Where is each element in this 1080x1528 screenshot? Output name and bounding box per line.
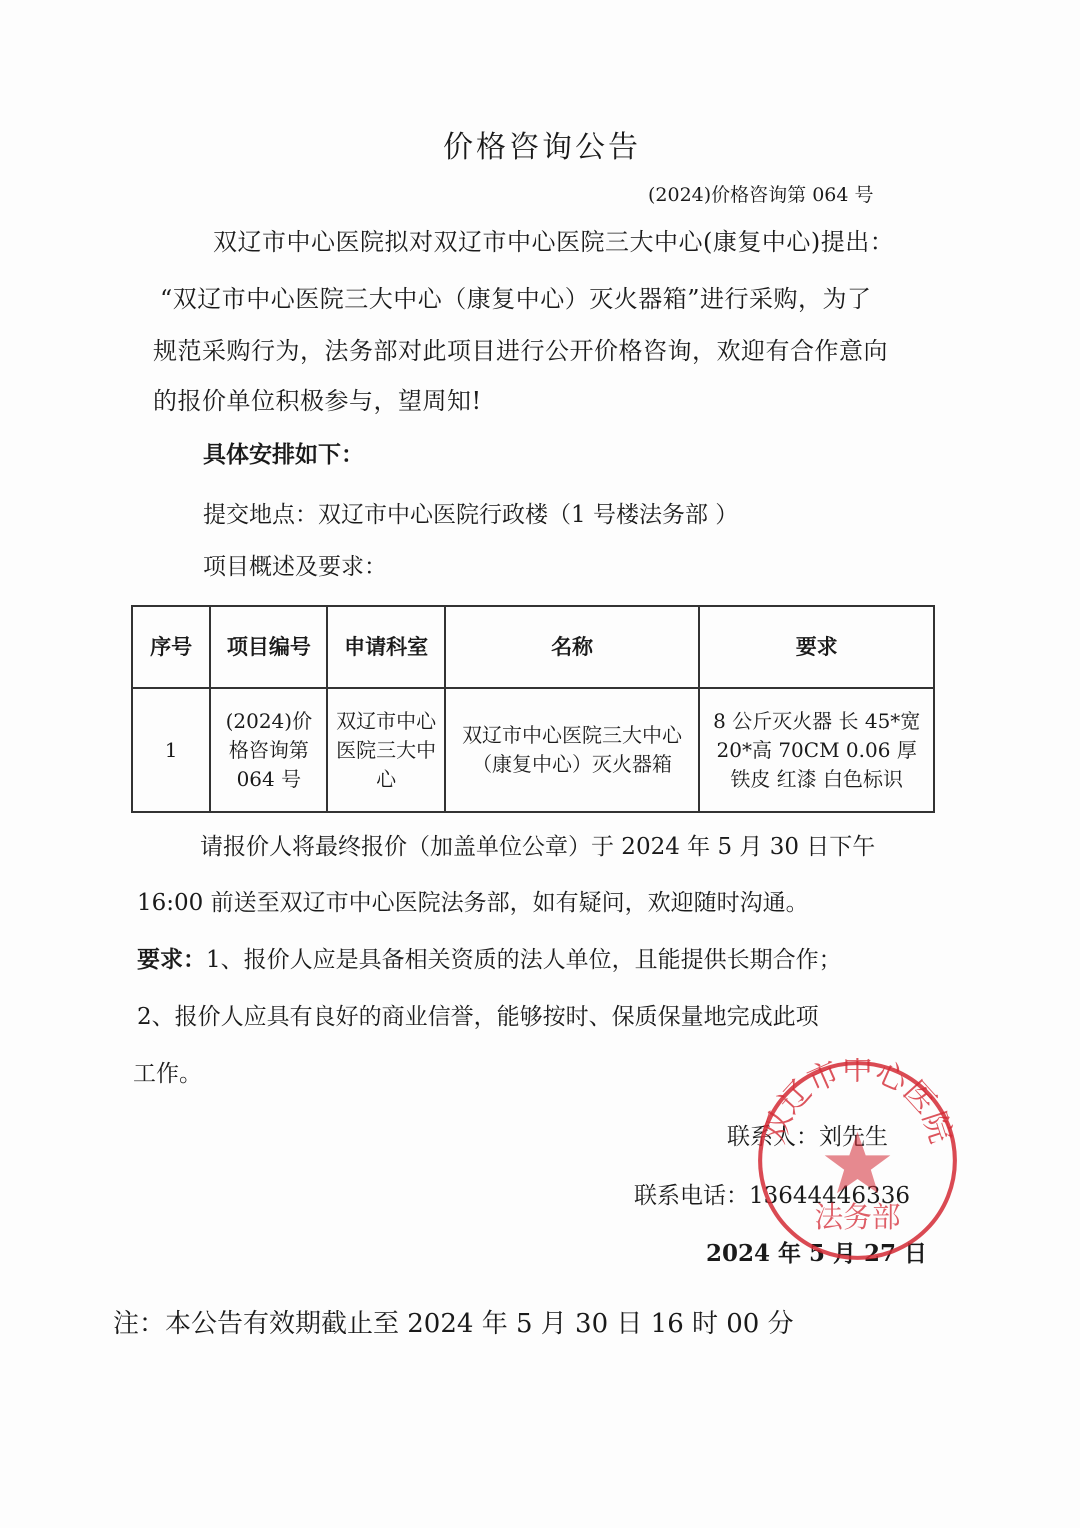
header-requirement: 要求 bbox=[699, 606, 934, 688]
header-department: 申请科室 bbox=[327, 606, 444, 688]
requirement-text-1: 1、报价人应是具备相关资质的法人单位，且能提供长期合作； bbox=[206, 947, 842, 973]
requirement-line-1: 要求：1、报价人应是具备相关资质的法人单位，且能提供长期合作； bbox=[137, 941, 842, 974]
overview-heading: 项目概述及要求： bbox=[203, 548, 387, 581]
requirements-label: 要求： bbox=[137, 946, 206, 973]
items-table: 序号 项目编号 申请科室 名称 要求 1 (2024)价格咨询第 064 号 双… bbox=[131, 605, 935, 813]
intro-line-2: “双辽市中心医院三大中心（康复中心）灭火器箱”进行采购，为了 bbox=[160, 279, 872, 314]
arrangement-heading: 具体安排如下： bbox=[203, 436, 364, 469]
submission-location: 提交地点：双辽市中心医院行政楼（1 号楼法务部 ） bbox=[203, 496, 738, 529]
intro-line-1: 双辽市中心医院拟对双辽市中心医院三大中心(康复中心)提出： bbox=[213, 222, 894, 257]
cell-requirement: 8 公斤灭火器 长 45*宽 20*高 70CM 0.06 厚 铁皮 红漆 白色… bbox=[699, 688, 934, 812]
header-seq: 序号 bbox=[132, 606, 210, 688]
cell-name: 双辽市中心医院三大中心（康复中心）灭火器箱 bbox=[445, 688, 700, 812]
quote-line-2: 16:00 前送至双辽市中心医院法务部，如有疑问，欢迎随时沟通。 bbox=[137, 884, 809, 917]
cell-project-no: (2024)价格咨询第 064 号 bbox=[210, 688, 327, 812]
quote-line-1: 请报价人将最终报价（加盖单位公章）于 2024 年 5 月 30 日下午 bbox=[200, 828, 875, 861]
document-number: (2024)价格咨询第 064 号 bbox=[648, 180, 874, 207]
table-row: 1 (2024)价格咨询第 064 号 双辽市中心医院三大中心 双辽市中心医院三… bbox=[132, 688, 934, 812]
document-title: 价格咨询公告 bbox=[443, 122, 641, 166]
cell-department: 双辽市中心医院三大中心 bbox=[327, 688, 444, 812]
intro-line-4: 的报价单位积极参与，望周知! bbox=[153, 381, 482, 416]
header-name: 名称 bbox=[445, 606, 700, 688]
header-project-no: 项目编号 bbox=[210, 606, 327, 688]
stamp-bottom-text: 法务部 bbox=[814, 1200, 900, 1234]
validity-note: 注：本公告有效期截止至 2024 年 5 月 30 日 16 时 00 分 bbox=[113, 1303, 794, 1340]
official-seal-stamp-icon: 双辽市中心医院 法务部 bbox=[755, 1058, 960, 1263]
intro-line-3: 规范采购行为，法务部对此项目进行公开价格咨询，欢迎有合作意向 bbox=[153, 331, 888, 366]
table-header-row: 序号 项目编号 申请科室 名称 要求 bbox=[132, 606, 934, 688]
requirement-line-2: 2、报价人应具有良好的商业信誉，能够按时、保质保量地完成此项 bbox=[137, 998, 819, 1031]
requirement-line-3: 工作。 bbox=[133, 1055, 202, 1088]
cell-seq: 1 bbox=[132, 688, 210, 812]
document-page: 价格咨询公告 (2024)价格咨询第 064 号 双辽市中心医院拟对双辽市中心医… bbox=[0, 0, 1080, 1528]
